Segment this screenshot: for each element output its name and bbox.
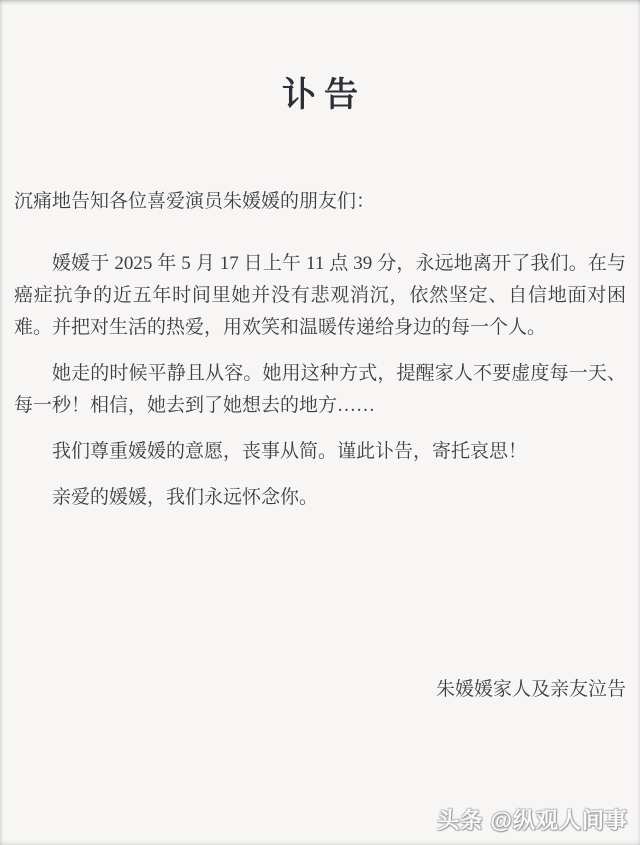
signature-line: 朱媛媛家人及亲友泣告 xyxy=(0,674,640,706)
paragraph-farewell: 亲爱的媛媛，我们永远怀念你。 xyxy=(14,482,626,514)
salutation-line: 沉痛地告知各位喜爱演员朱媛媛的朋友们： xyxy=(14,186,626,218)
document-body: 沉痛地告知各位喜爱演员朱媛媛的朋友们： 媛媛于 2025 年 5 月 17 日上… xyxy=(0,186,640,514)
paragraph-simple-funeral: 我们尊重媛媛的意愿，丧事从简。谨此讣告，寄托哀思！ xyxy=(14,436,626,468)
toutiao-watermark: 头条 @纵观人间事 xyxy=(437,804,628,835)
document-title: 讣告 xyxy=(0,0,640,114)
paragraph-death-announcement: 媛媛于 2025 年 5 月 17 日上午 11 点 39 分，永远地离开了我们… xyxy=(14,248,626,344)
obituary-document-page: 讣告 沉痛地告知各位喜爱演员朱媛媛的朋友们： 媛媛于 2025 年 5 月 17… xyxy=(0,0,640,845)
paragraph-peaceful-passing: 她走的时候平静且从容。她用这种方式，提醒家人不要虚度每一天、每一秒！相信，她去到… xyxy=(14,358,626,422)
